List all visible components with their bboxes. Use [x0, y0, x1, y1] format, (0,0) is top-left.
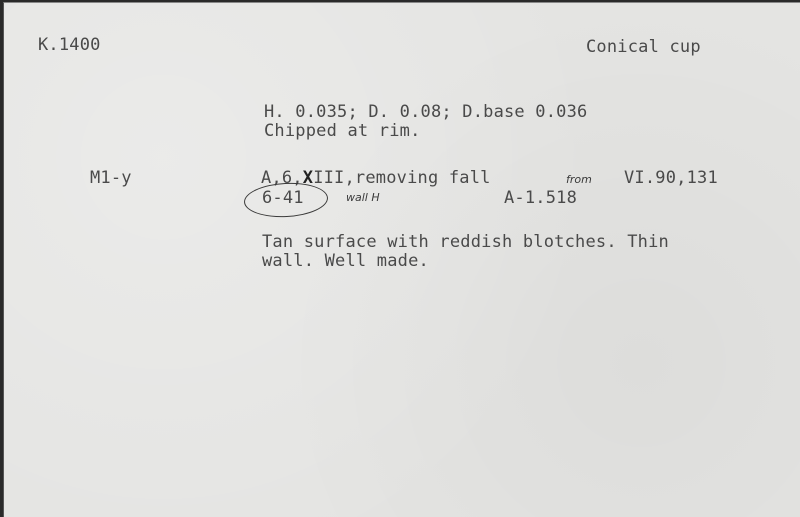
handwritten-wall: wall H [346, 191, 380, 204]
object-type: Conical cup [586, 38, 701, 57]
findspot-ref: A-1.518 [504, 189, 577, 208]
circled-number: 6-41 [262, 189, 304, 208]
findspot-suffix: III,removing fall [313, 168, 490, 188]
condition: Chipped at rim. [264, 122, 421, 141]
description-line2: wall. Well made. [262, 252, 429, 271]
reference: VI.90,131 [624, 169, 718, 188]
catalog-number: K.1400 [38, 36, 101, 55]
description-line1: Tan surface with reddish blotches. Thin [262, 233, 669, 252]
dimensions: H. 0.035; D. 0.08; D.base 0.036 [264, 103, 587, 122]
handwritten-from: from [566, 173, 592, 186]
catalog-card: K.1400 Conical cup H. 0.035; D. 0.08; D.… [3, 2, 800, 516]
shape-code: M1-y [90, 169, 132, 188]
